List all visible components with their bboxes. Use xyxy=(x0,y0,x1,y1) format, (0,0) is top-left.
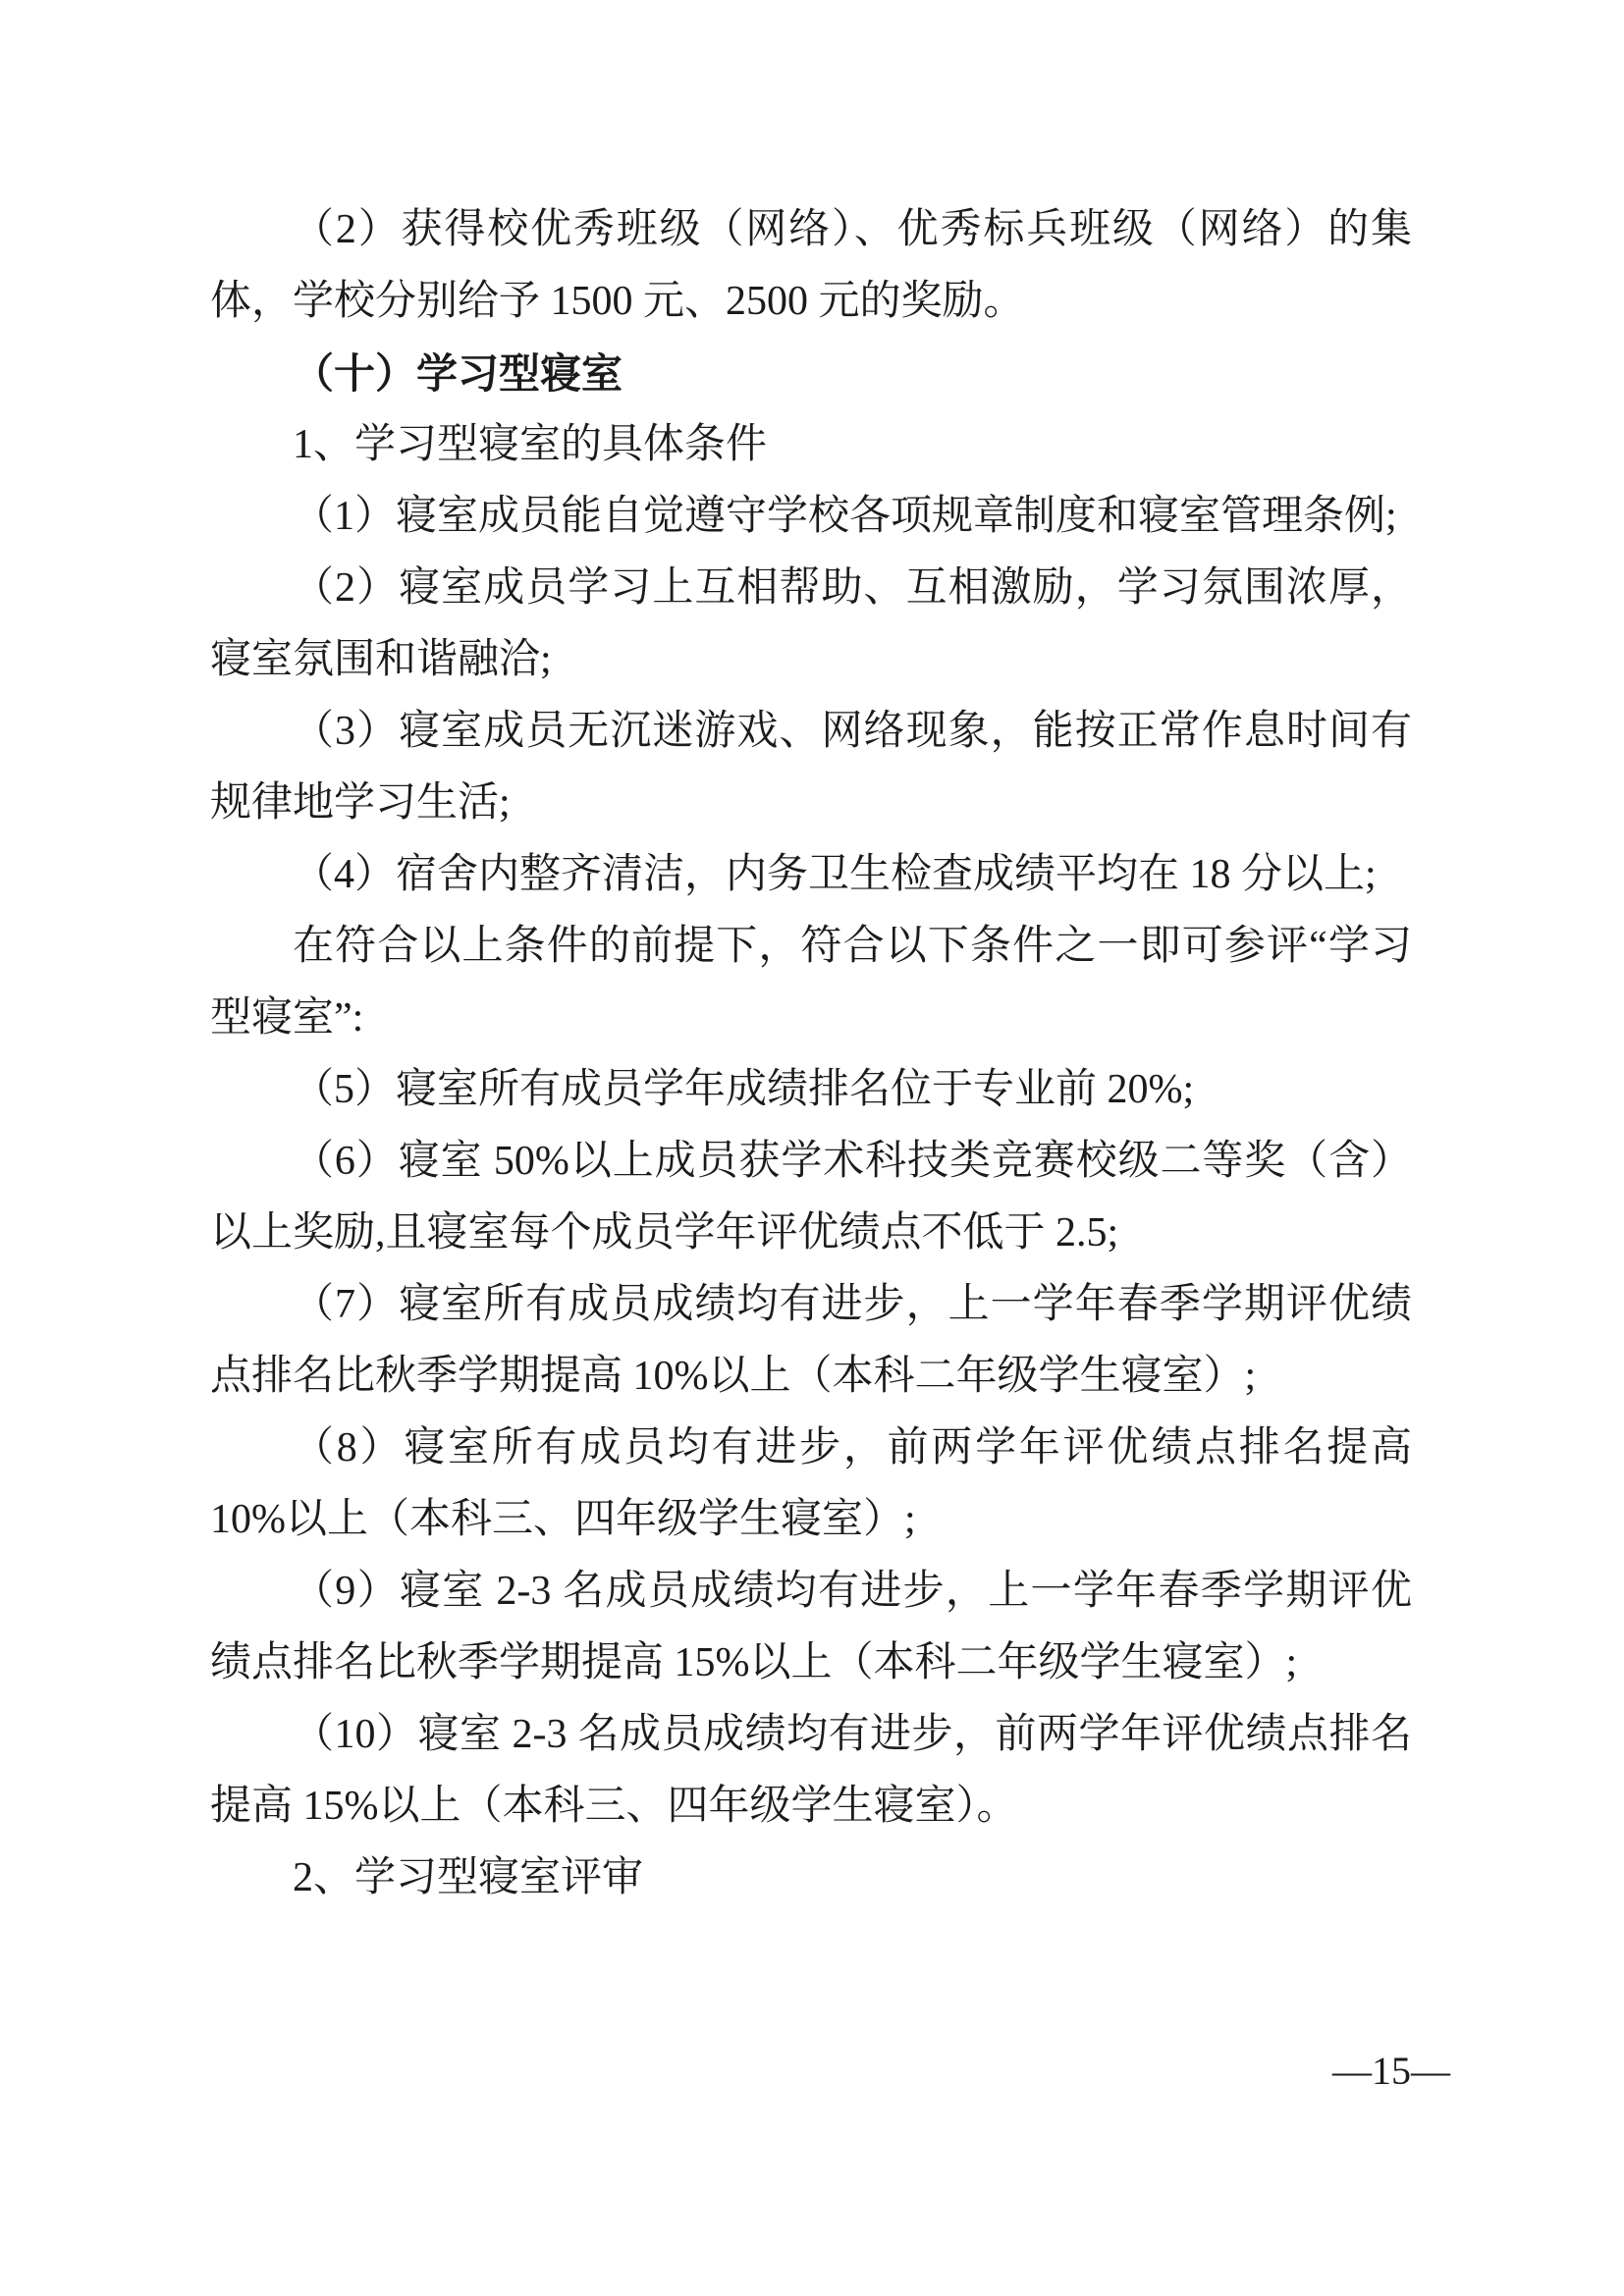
subheading-dorm-review: 2、学习型寝室评审 xyxy=(210,1842,1412,1914)
clause-3-no-gaming: （3）寝室成员无沉迷游戏、网络现象，能按正常作息时间有规律地学习生活; xyxy=(210,696,1412,839)
clause-2-mutual-help: （2）寝室成员学习上互相帮助、互相激励，学习氛围浓厚，寝室氛围和谐融洽; xyxy=(210,553,1412,696)
clause-5-top-20-percent: （5）寝室所有成员学年成绩排名位于专业前 20%; xyxy=(210,1054,1412,1126)
clause-1-rules: （1）寝室成员能自觉遵守学校各项规章制度和寝室管理条例; xyxy=(210,481,1412,553)
document-page: （2）获得校优秀班级（网络）、优秀标兵班级（网络）的集体，学校分别给予 1500… xyxy=(0,0,1624,2296)
clause-9-partial-progress-grade2: （9）寝室 2-3 名成员成绩均有进步，上一学年春季学期评优绩点排名比秋季学期提… xyxy=(210,1556,1412,1699)
clause-10-partial-progress-grade34: （10）寝室 2-3 名成员成绩均有进步，前两学年评优绩点排名提高 15%以上（… xyxy=(210,1699,1412,1842)
clause-4-hygiene: （4）宿舍内整齐清洁，内务卫生检查成绩平均在 18 分以上; xyxy=(210,839,1412,911)
document-body: （2）获得校优秀班级（网络）、优秀标兵班级（网络）的集体，学校分别给予 1500… xyxy=(210,194,1412,1914)
paragraph-eligibility-note: 在符合以上条件的前提下，符合以下条件之一即可参评“学习型寝室”: xyxy=(210,911,1412,1054)
paragraph-award-classes: （2）获得校优秀班级（网络）、优秀标兵班级（网络）的集体，学校分别给予 1500… xyxy=(210,194,1412,338)
section-heading-learning-dorm: （十）学习型寝室 xyxy=(210,338,1412,409)
clause-6-competition-award: （6）寝室 50%以上成员获学术科技类竞赛校级二等奖（含）以上奖励,且寝室每个成… xyxy=(210,1126,1412,1269)
subheading-dorm-conditions: 1、学习型寝室的具体条件 xyxy=(210,409,1412,481)
clause-7-grade2-progress: （7）寝室所有成员成绩均有进步，上一学年春季学期评优绩点排名比秋季学期提高 10… xyxy=(210,1269,1412,1413)
clause-8-grade34-progress: （8）寝室所有成员均有进步，前两学年评优绩点排名提高 10%以上（本科三、四年级… xyxy=(210,1413,1412,1556)
page-number: —15— xyxy=(1332,2048,1450,2095)
